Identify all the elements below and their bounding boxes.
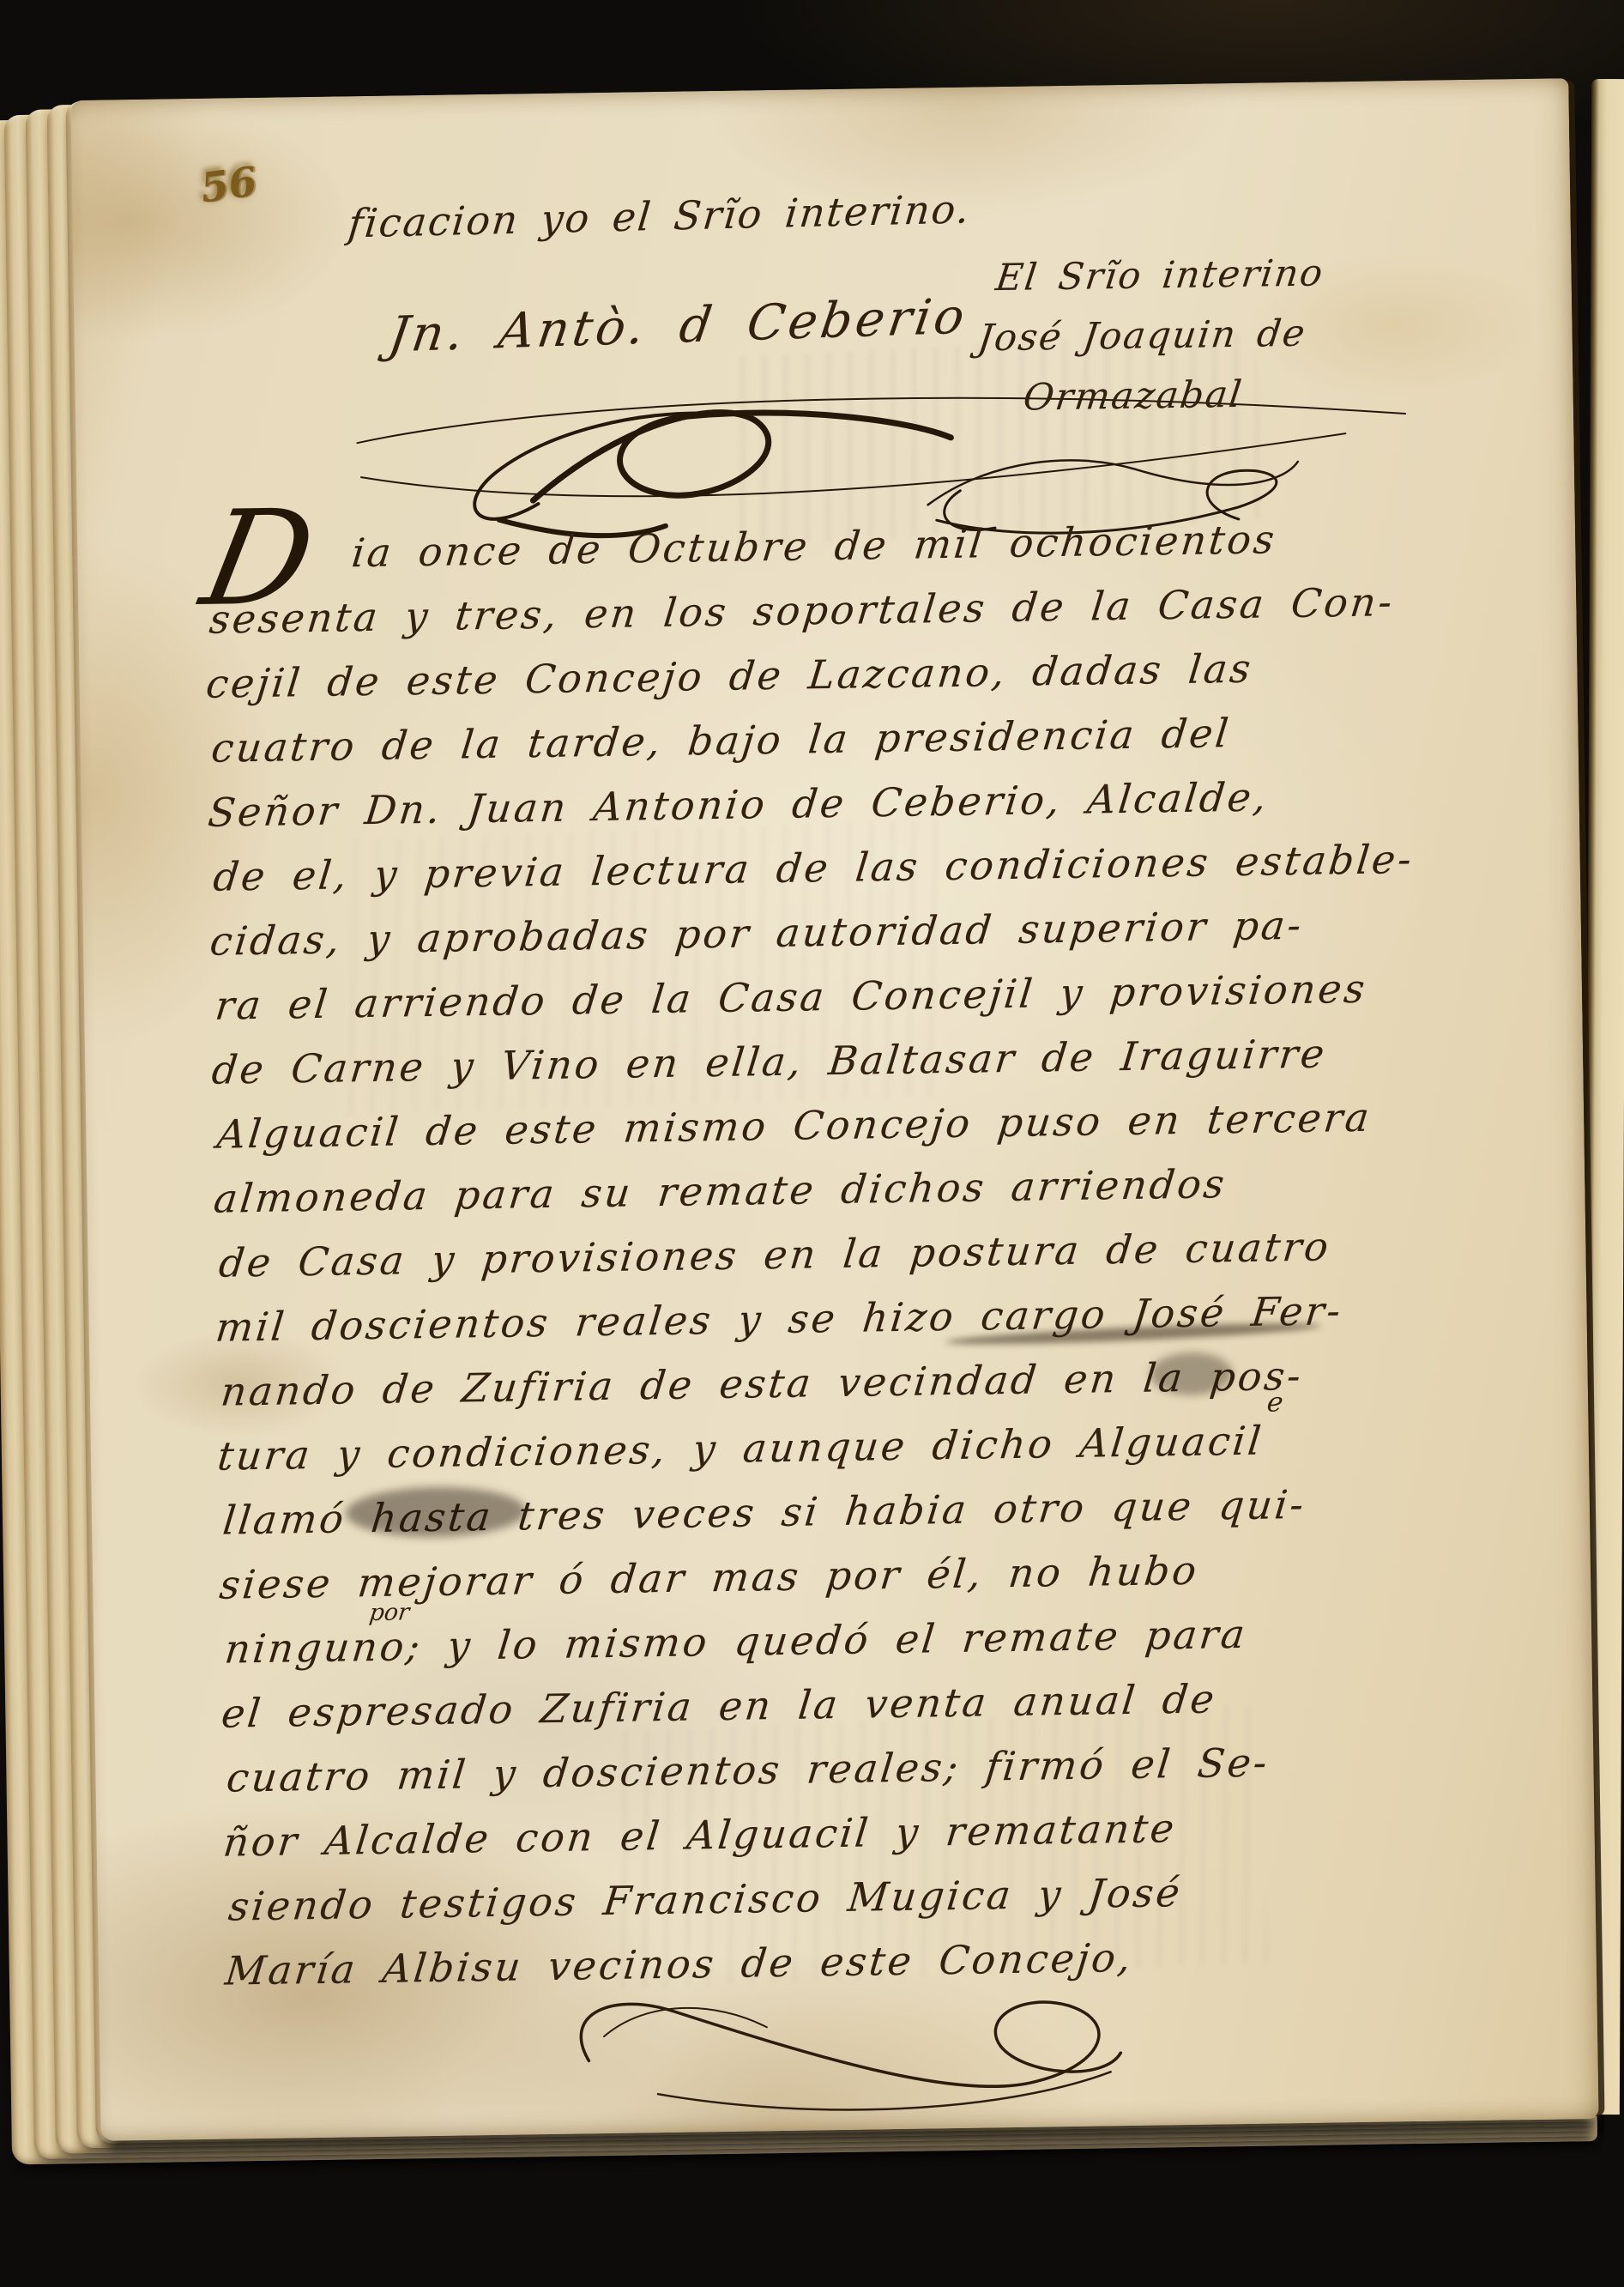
interline-insertion-por: por bbox=[368, 1599, 411, 1626]
signature-secretary-title: El Srĩo interino bbox=[938, 250, 1460, 318]
rubric-flourish-bottom bbox=[552, 1969, 1137, 2123]
body-paragraph: D ia once de Octubre de mil ochocientos … bbox=[204, 504, 1530, 2003]
signature-secretary-surname: Ormazabal bbox=[939, 370, 1462, 438]
manuscript-page: 56 ficacion yo el Srĩo interino. Jn. Ant… bbox=[70, 78, 1598, 2141]
scanned-manuscript-photo: 56 ficacion yo el Srĩo interino. Jn. Ant… bbox=[0, 0, 1624, 2287]
signature-secretary-name: José Joaquin de bbox=[939, 310, 1461, 378]
book-block: 56 ficacion yo el Srĩo interino. Jn. Ant… bbox=[70, 78, 1598, 2141]
header-catchline: ficacion yo el Srĩo interino. bbox=[347, 185, 974, 246]
page-number: 56 bbox=[197, 158, 259, 212]
signature-secretary-block: El Srĩo interino José Joaquin de Ormazab… bbox=[941, 250, 1458, 438]
